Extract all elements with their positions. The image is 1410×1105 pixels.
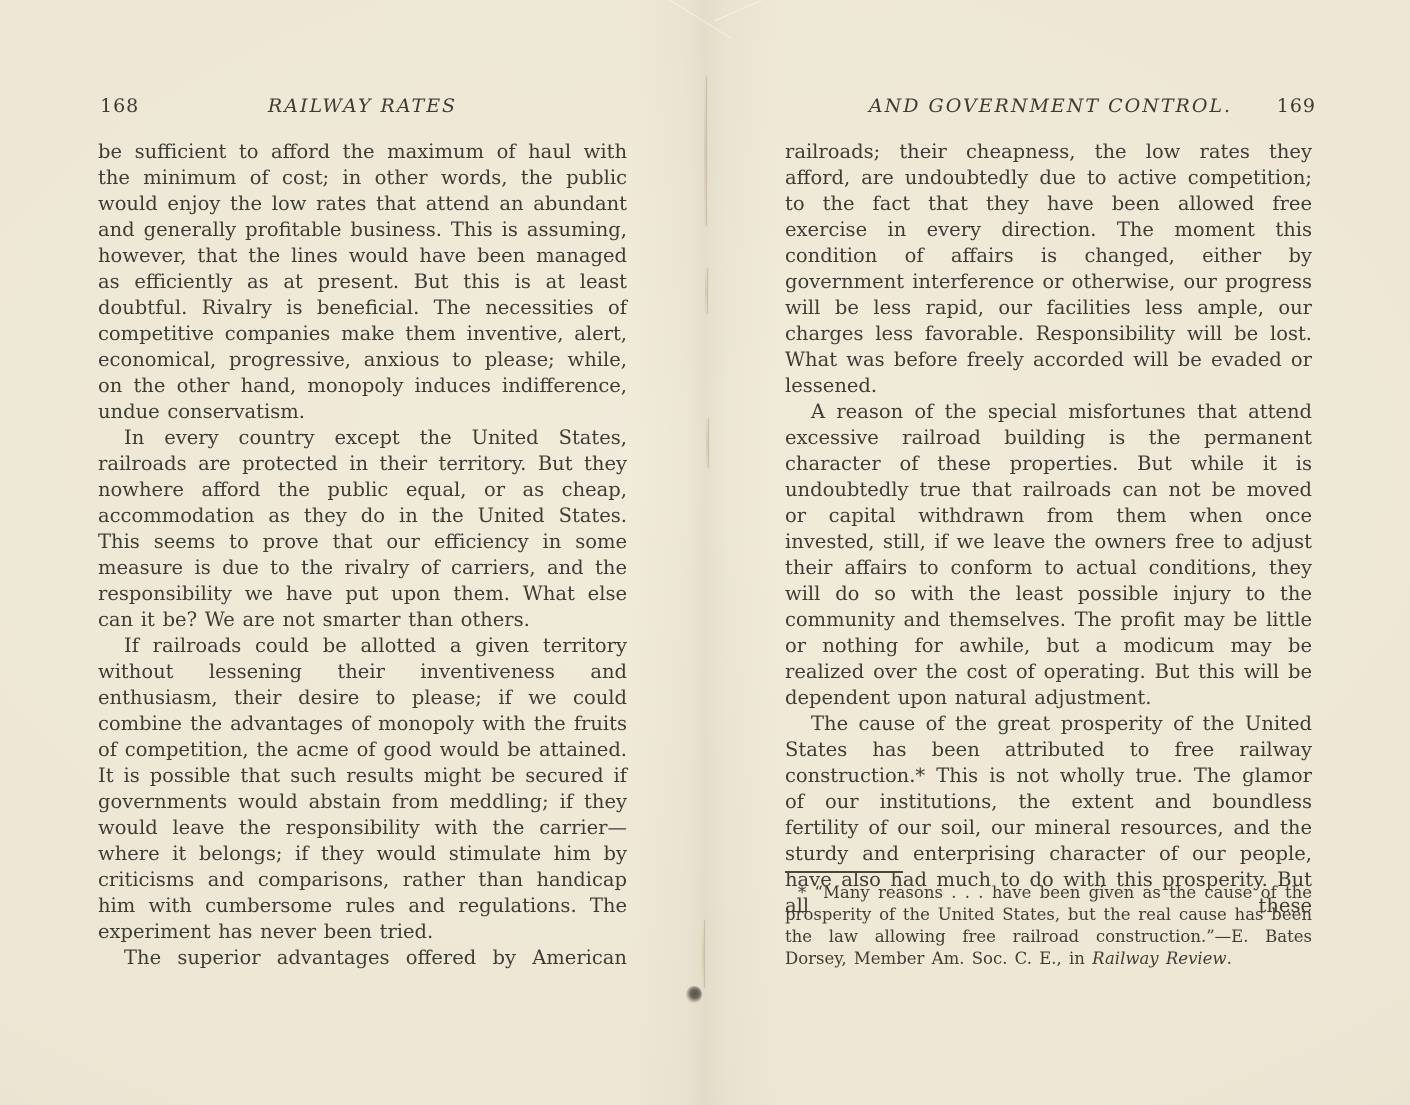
right-page-number: 169 — [1277, 95, 1316, 117]
left-page-number: 168 — [100, 95, 139, 117]
paragraph: A reason of the special misfortunes that… — [785, 399, 1312, 711]
book-spread: 168 RAILWAY RATES be sufficient to affor… — [0, 0, 1410, 1105]
left-running-head: 168 RAILWAY RATES — [98, 95, 627, 121]
left-running-title: RAILWAY RATES — [268, 95, 457, 117]
paragraph: railroads; their cheapness, the low rate… — [785, 139, 1312, 399]
footnote-suffix: . — [1227, 949, 1232, 968]
right-running-head: AND GOVERNMENT CONTROL. 169 — [785, 95, 1316, 121]
left-page-body: be sufficient to afford the maximum of h… — [98, 139, 627, 971]
footnote-rule — [785, 871, 903, 873]
binding-thread — [704, 76, 706, 226]
binding-stitch-hole — [686, 986, 702, 1003]
paragraph: be sufficient to afford the maximum of h… — [98, 139, 627, 425]
right-running-title: AND GOVERNMENT CONTROL. — [869, 95, 1232, 117]
paragraph: In every country except the United State… — [98, 425, 627, 633]
paragraph: The superior advantages offered by Ameri… — [98, 945, 627, 971]
footnote-italic-title: Railway Review — [1092, 949, 1226, 968]
footnote-quote: * “Many reasons . . . have been given as… — [785, 883, 1312, 968]
paragraph: If railroads could be allotted a given t… — [98, 633, 627, 945]
binding-thread — [702, 920, 704, 988]
right-page-body: railroads; their cheapness, the low rate… — [785, 139, 1312, 919]
binding-thread — [706, 418, 708, 468]
binding-thread — [705, 268, 707, 314]
footnote: * “Many reasons . . . have been given as… — [785, 871, 1312, 970]
footnote-text: * “Many reasons . . . have been given as… — [785, 882, 1312, 970]
